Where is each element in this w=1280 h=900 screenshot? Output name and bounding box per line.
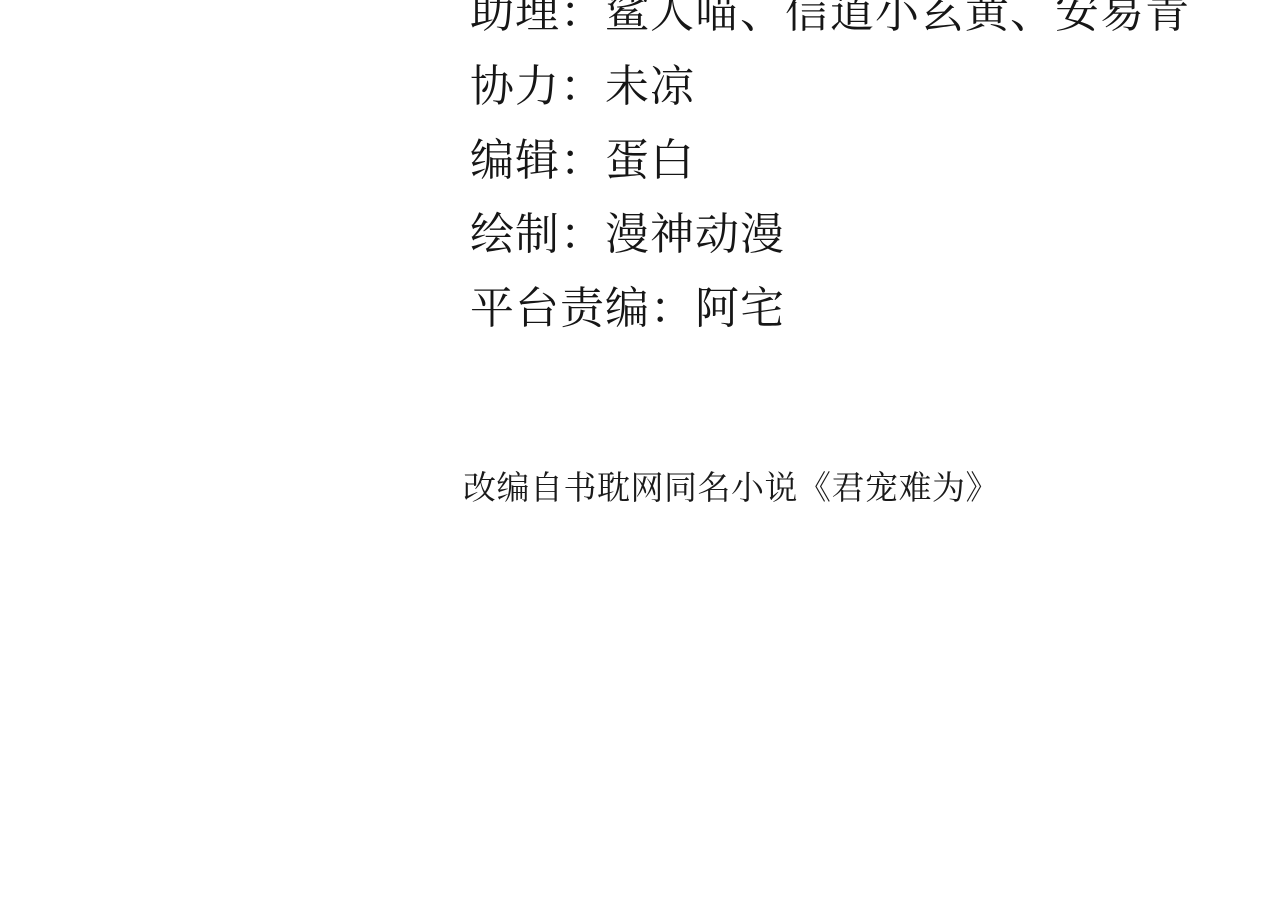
credit-line-artist: 绘制：漫神动漫: [470, 198, 1190, 272]
credit-line-platform-editor: 平台责编：阿宅: [470, 272, 1190, 346]
credit-line-editor: 编辑：蛋白: [470, 124, 1190, 198]
comic-credits-page: 助理：鲨人喵、信道小玄黄、安易青 协力：未凉 编辑：蛋白 绘制：漫神动漫 平台责…: [0, 0, 1280, 900]
credits-block: 助理：鲨人喵、信道小玄黄、安易青 协力：未凉 编辑：蛋白 绘制：漫神动漫 平台责…: [470, 0, 1190, 346]
adaptation-note: 改编自书耽网同名小说《君宠难为》: [463, 468, 999, 508]
credit-line-assistants: 助理：鲨人喵、信道小玄黄、安易青: [470, 0, 1190, 50]
credit-line-cooperation: 协力：未凉: [470, 50, 1190, 124]
